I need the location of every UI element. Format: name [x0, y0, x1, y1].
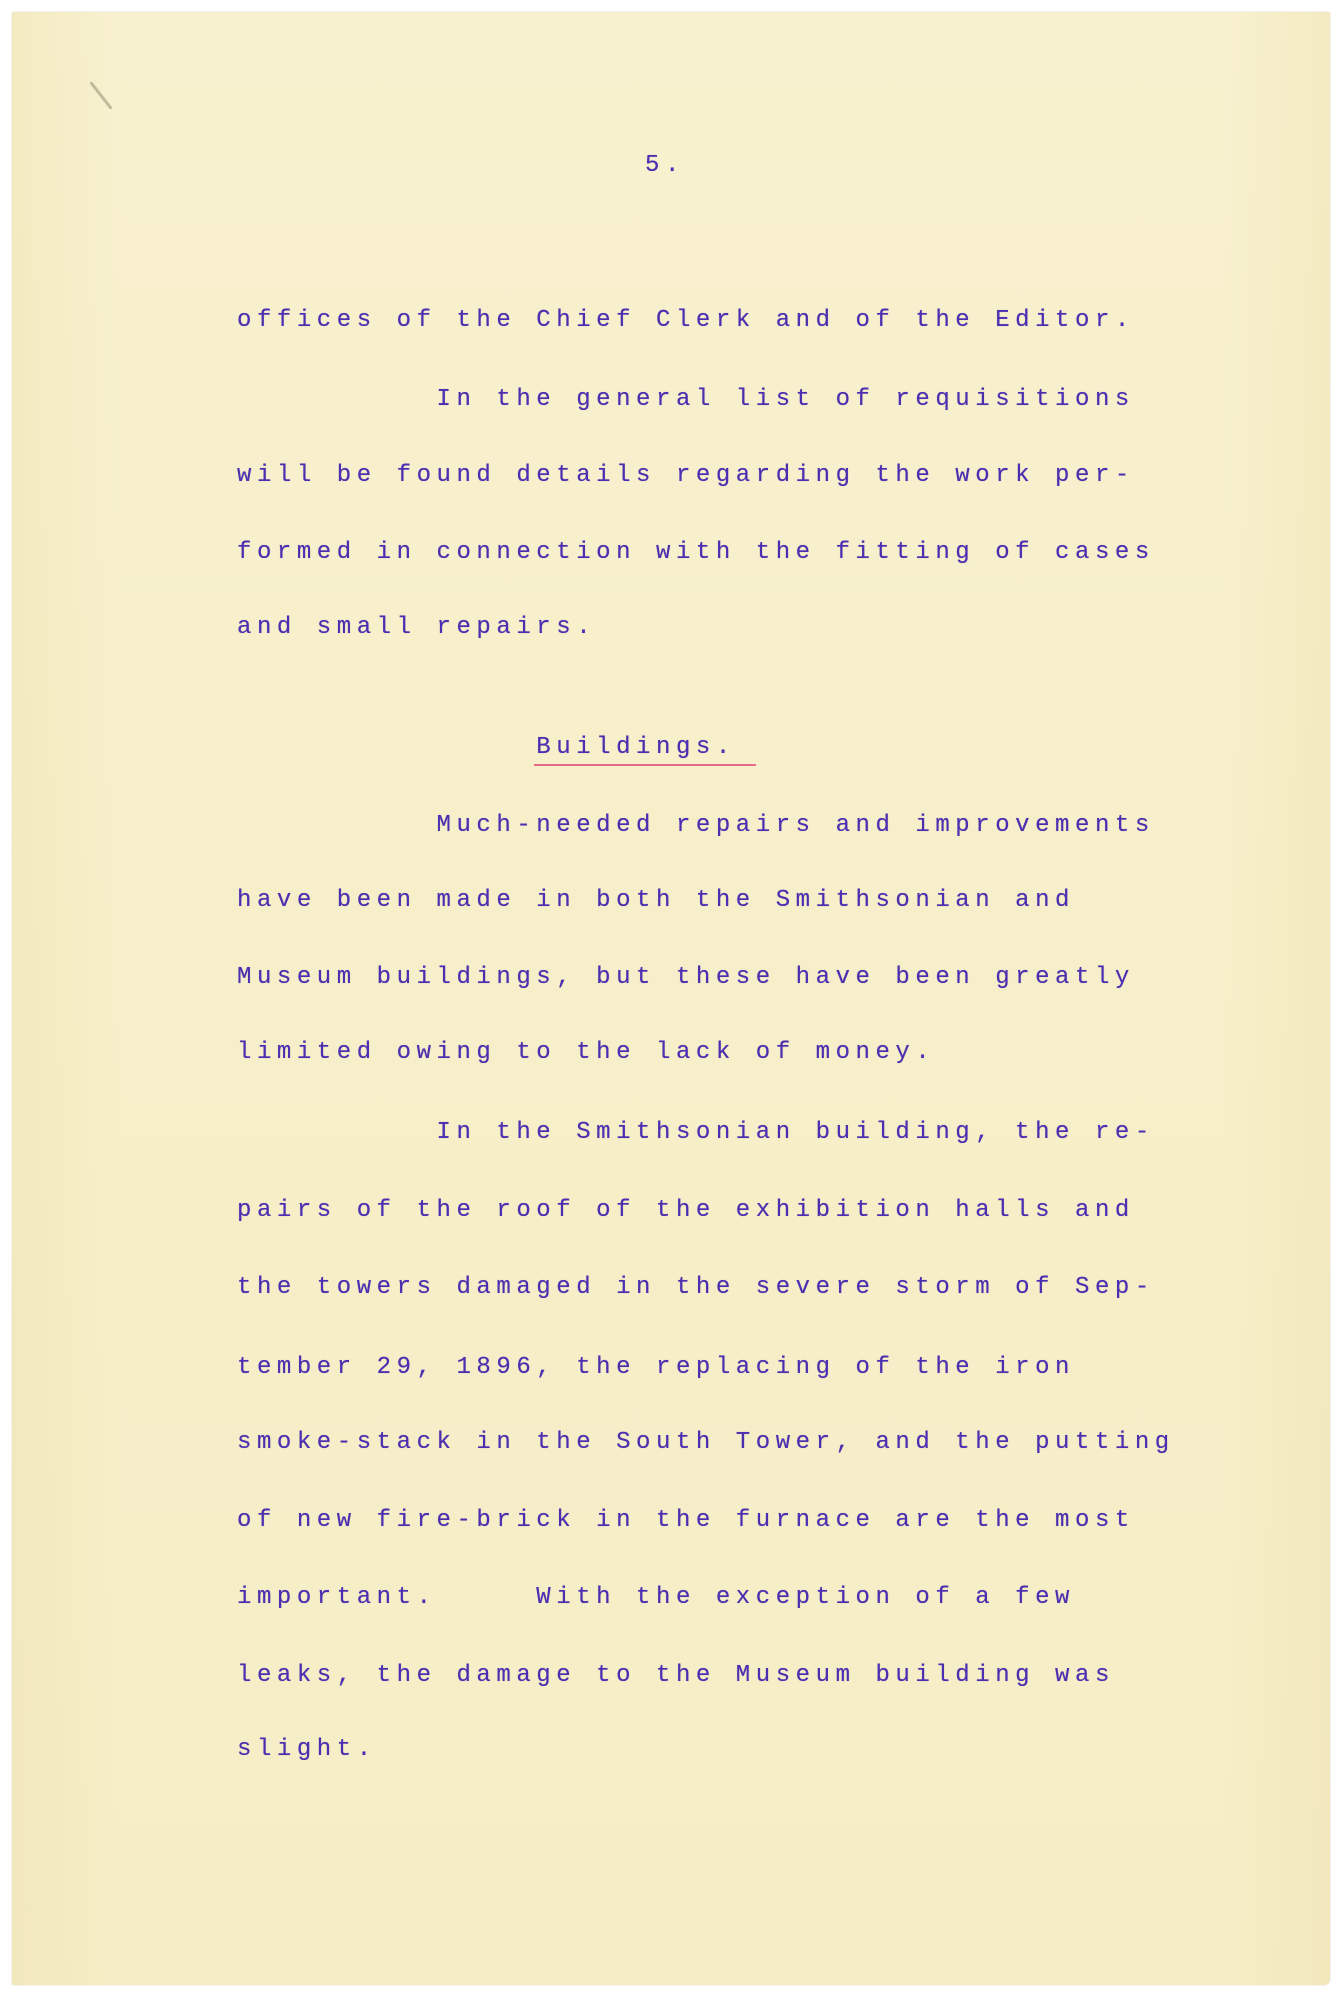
- text-line: and small repairs.: [237, 613, 596, 643]
- text-line: formed in connection with the fitting of…: [237, 538, 1155, 568]
- text-line: will be found details regarding the work…: [237, 461, 1135, 491]
- section-heading: Buildings.: [237, 733, 736, 763]
- text-line: of new fire-brick in the furnace are the…: [237, 1506, 1135, 1536]
- text-line: slight.: [237, 1735, 377, 1765]
- text-line: Museum buildings, but these have been gr…: [237, 963, 1135, 993]
- page-number: 5.: [645, 151, 685, 181]
- text-line: In the general list of requisitions: [237, 385, 1135, 415]
- text-line: In the Smithsonian building, the re-: [237, 1118, 1155, 1148]
- text-line: tember 29, 1896, the replacing of the ir…: [237, 1353, 1075, 1383]
- text-line: limited owing to the lack of money.: [237, 1038, 935, 1068]
- text-line: the towers damaged in the severe storm o…: [237, 1273, 1155, 1303]
- heading-underline: [534, 764, 756, 766]
- text-line: leaks, the damage to the Museum building…: [237, 1661, 1115, 1691]
- text-line: smoke-stack in the South Tower, and the …: [237, 1428, 1175, 1458]
- text-line: have been made in both the Smithsonian a…: [237, 886, 1075, 916]
- text-line: Much-needed repairs and improvements: [237, 811, 1155, 841]
- text-line: pairs of the roof of the exhibition hall…: [237, 1196, 1135, 1226]
- text-line: offices of the Chief Clerk and of the Ed…: [237, 306, 1135, 336]
- text-line: important. With the exception of a few: [237, 1583, 1075, 1613]
- paper-crease-mark: [89, 81, 112, 110]
